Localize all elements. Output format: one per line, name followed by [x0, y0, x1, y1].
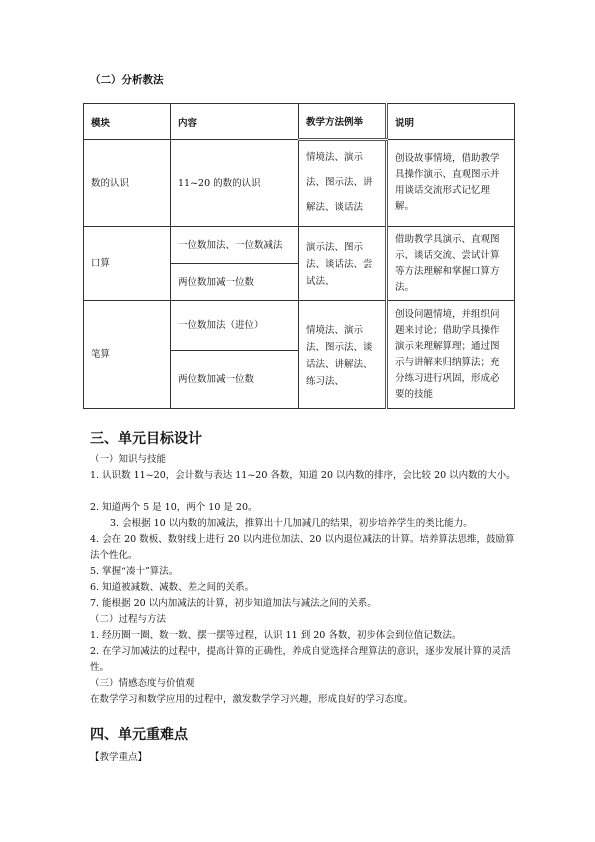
cell-methods: 演示法、图示法、谈话法、尝试法、 — [299, 227, 387, 301]
table-header-row: 模块 内容 教学方法例举 说明 — [84, 104, 515, 140]
header-content: 内容 — [171, 104, 299, 140]
goal-item: 2. 知道两个 5 是 10，两个 10 是 20。 — [90, 500, 520, 516]
section-subtitle-teaching-methods: （二）分析教法 — [90, 72, 164, 87]
section-title-key-points: 四、单元重难点 — [90, 724, 188, 744]
table-row: 笔算 一位数加法（进位） 情境法、演示法、图示法、谈话法、讲解法、练习法、 创设… — [84, 301, 515, 351]
goal-item: 5. 掌握“凑十”算法。 — [90, 564, 520, 580]
goals-part3-title: （三）情感态度与价值观 — [90, 676, 520, 692]
goal-item: 6. 知道被减数、减数、差之间的关系。 — [90, 580, 520, 596]
goal-item: 2. 在学习加减法的过程中，提高计算的正确性，养成自觉选择合理算法的意识，逐步发… — [90, 644, 520, 676]
goal-item: 7. 能根据 20 以内加减法的计算，初步知道加法与减法之间的关系。 — [90, 596, 520, 612]
cell-note: 创设问题情境，并组织问题来讨论；借助学具操作演示来理解算理；通过图示与讲解来归纳… — [387, 301, 515, 409]
goal-item: 1. 经历圈一圈、数一数、摆一摆等过程，认识 11 到 20 各数，初步体会到位… — [90, 628, 520, 644]
table-row: 口算 一位数加法、一位数减法 演示法、图示法、谈话法、尝试法、 借助教学具演示、… — [84, 227, 515, 264]
table-row: 数的认识 11~20 的数的认识 情境法、演示法、图示法、讲解法、谈话法 创设故… — [84, 140, 515, 227]
header-note: 说明 — [387, 104, 515, 140]
goal-item: 4. 会在 20 数板、数射线上进行 20 以内进位加法、20 以内退位减法的计… — [90, 532, 520, 564]
cell-note: 创设故事情境，借助教学具操作演示、直观图示并用谈话交流形式记忆理解。 — [387, 140, 515, 227]
cell-module: 口算 — [84, 227, 171, 301]
goals-part3-text: 在数学学习和数学应用的过程中，激发数学学习兴趣，形成良好的学习态度。 — [90, 692, 520, 708]
goals-part2-title: （二）过程与方法 — [90, 612, 520, 628]
cell-content: 两位数加减一位数 — [171, 351, 299, 409]
goal-item: 1. 认识数 11~20，会计数与表达 11~20 各数，知道 20 以内数的排… — [90, 468, 520, 484]
key-points-subtitle: 【教学重点】 — [90, 750, 520, 766]
cell-module: 笔算 — [84, 301, 171, 409]
cell-content: 一位数加法（进位） — [171, 301, 299, 351]
goals-part1-title: （一）知识与技能 — [90, 452, 520, 468]
cell-note: 借助教学具演示、直观图示、谈话交流、尝试计算等方法理解和掌握口算方法。 — [387, 227, 515, 301]
section-title-unit-goals: 三、单元目标设计 — [90, 428, 202, 448]
cell-content: 两位数加减一位数 — [171, 264, 299, 301]
cell-content: 一位数加法、一位数减法 — [171, 227, 299, 264]
cell-module: 数的认识 — [84, 140, 171, 227]
cell-methods: 情境法、演示法、图示法、谈话法、讲解法、练习法、 — [299, 301, 387, 409]
header-module: 模块 — [84, 104, 171, 140]
header-methods: 教学方法例举 — [299, 104, 387, 140]
teaching-methods-table: 模块 内容 教学方法例举 说明 数的认识 11~20 的数的认识 情境法、演示法… — [83, 103, 515, 409]
cell-content: 11~20 的数的认识 — [171, 140, 299, 227]
cell-methods: 情境法、演示法、图示法、讲解法、谈话法 — [299, 140, 387, 227]
goal-item: 3. 会根据 10 以内数的加减法，推算出十几加减几的结果，初步培养学生的类比能… — [90, 516, 520, 532]
